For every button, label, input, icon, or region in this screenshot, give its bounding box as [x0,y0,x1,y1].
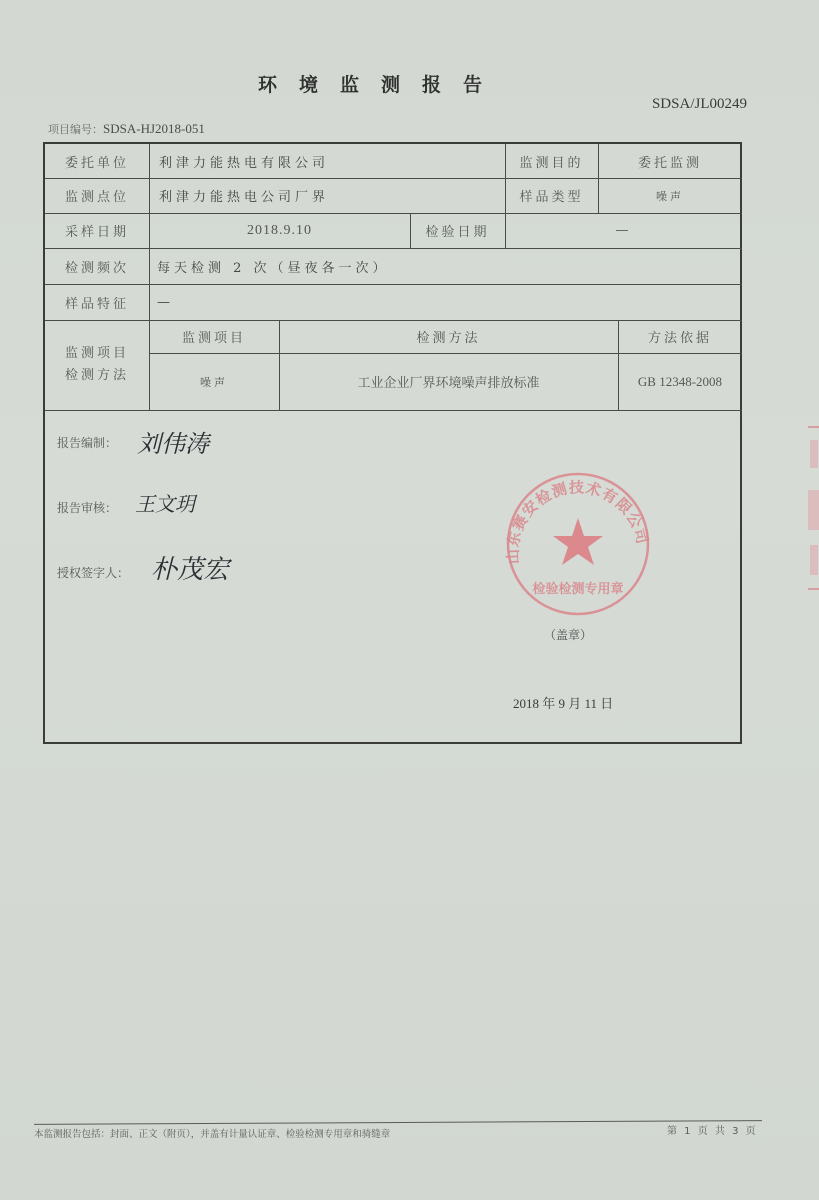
header-method-basis: 方法依据 [618,320,742,353]
label-client: 委托单位 [45,144,149,178]
value-frequency: 每天检测 2 次（昼夜各一次） [157,248,657,284]
signature-reviewed: 王文玥 [135,488,195,517]
page-number: 第 1 页 共 3 页 [667,1122,758,1137]
project-number: 项目编号：SDSA-HJ2018-051 [48,121,205,137]
report-title: 环境监测报告 [258,70,504,97]
label-method-line1: 监测项目 [65,343,129,365]
value-monitoring-item: 噪声 [149,353,279,410]
label-location: 监测点位 [45,178,149,213]
label-reviewed-by: 报告审核： [57,499,117,516]
value-method-basis: GB 12348-2008 [618,353,742,410]
seal-bottom-text: 检验检测专用章 [532,581,623,597]
label-method-section: 监测项目 检测方法 [45,320,149,410]
value-client: 利津力能热电有限公司 [159,144,499,178]
document-number: SDSA/JL00249 [652,96,747,113]
signature-compiled: 刘伟涛 [137,424,209,459]
footer-divider [34,1120,762,1125]
value-test-method: 工业企业厂界环境噪声排放标准 [279,353,618,410]
value-inspection-date: — [505,213,742,248]
header-monitoring-item: 监测项目 [149,320,279,353]
signature-authorized: 朴茂宏 [151,549,229,586]
seam-seal-icon [798,420,819,600]
label-purpose: 监测目的 [505,144,598,178]
header-test-method: 检测方法 [279,320,618,353]
seal-caption: （盖章） [544,626,592,643]
label-authorized-signatory: 授权签字人： [57,564,129,581]
report-table: 委托单位 利津力能热电有限公司 监测目的 委托监测 监测点位 利津力能热电公司厂… [43,142,742,744]
label-sample-type: 样品类型 [505,178,598,213]
sign-date: 2018 年 9 月 11 日 [513,693,613,712]
label-frequency: 检测频次 [45,248,149,284]
value-sampling-date: 2018.9.10 [149,213,410,248]
footer-note: 本监测报告包括：封面、正文（附页），并盖有计量认证章、检验检测专用章和骑缝章 [34,1126,390,1140]
value-location: 利津力能热电公司厂界 [159,178,499,213]
official-seal-icon: 山东赛安检测技术有限公司 检验检测专用章 [498,468,658,618]
label-method-line2: 检测方法 [65,365,129,387]
project-number-value: SDSA-HJ2018-051 [103,121,205,136]
value-sample-type: 噪声 [598,178,742,213]
label-compiled-by: 报告编制： [57,434,117,451]
label-sample-feature: 样品特征 [45,284,149,320]
value-purpose: 委托监测 [598,144,742,178]
label-inspection-date: 检验日期 [410,213,505,248]
value-sample-feature: — [157,284,457,320]
label-sampling-date: 采样日期 [45,213,149,248]
project-number-label: 项目编号： [48,123,103,136]
